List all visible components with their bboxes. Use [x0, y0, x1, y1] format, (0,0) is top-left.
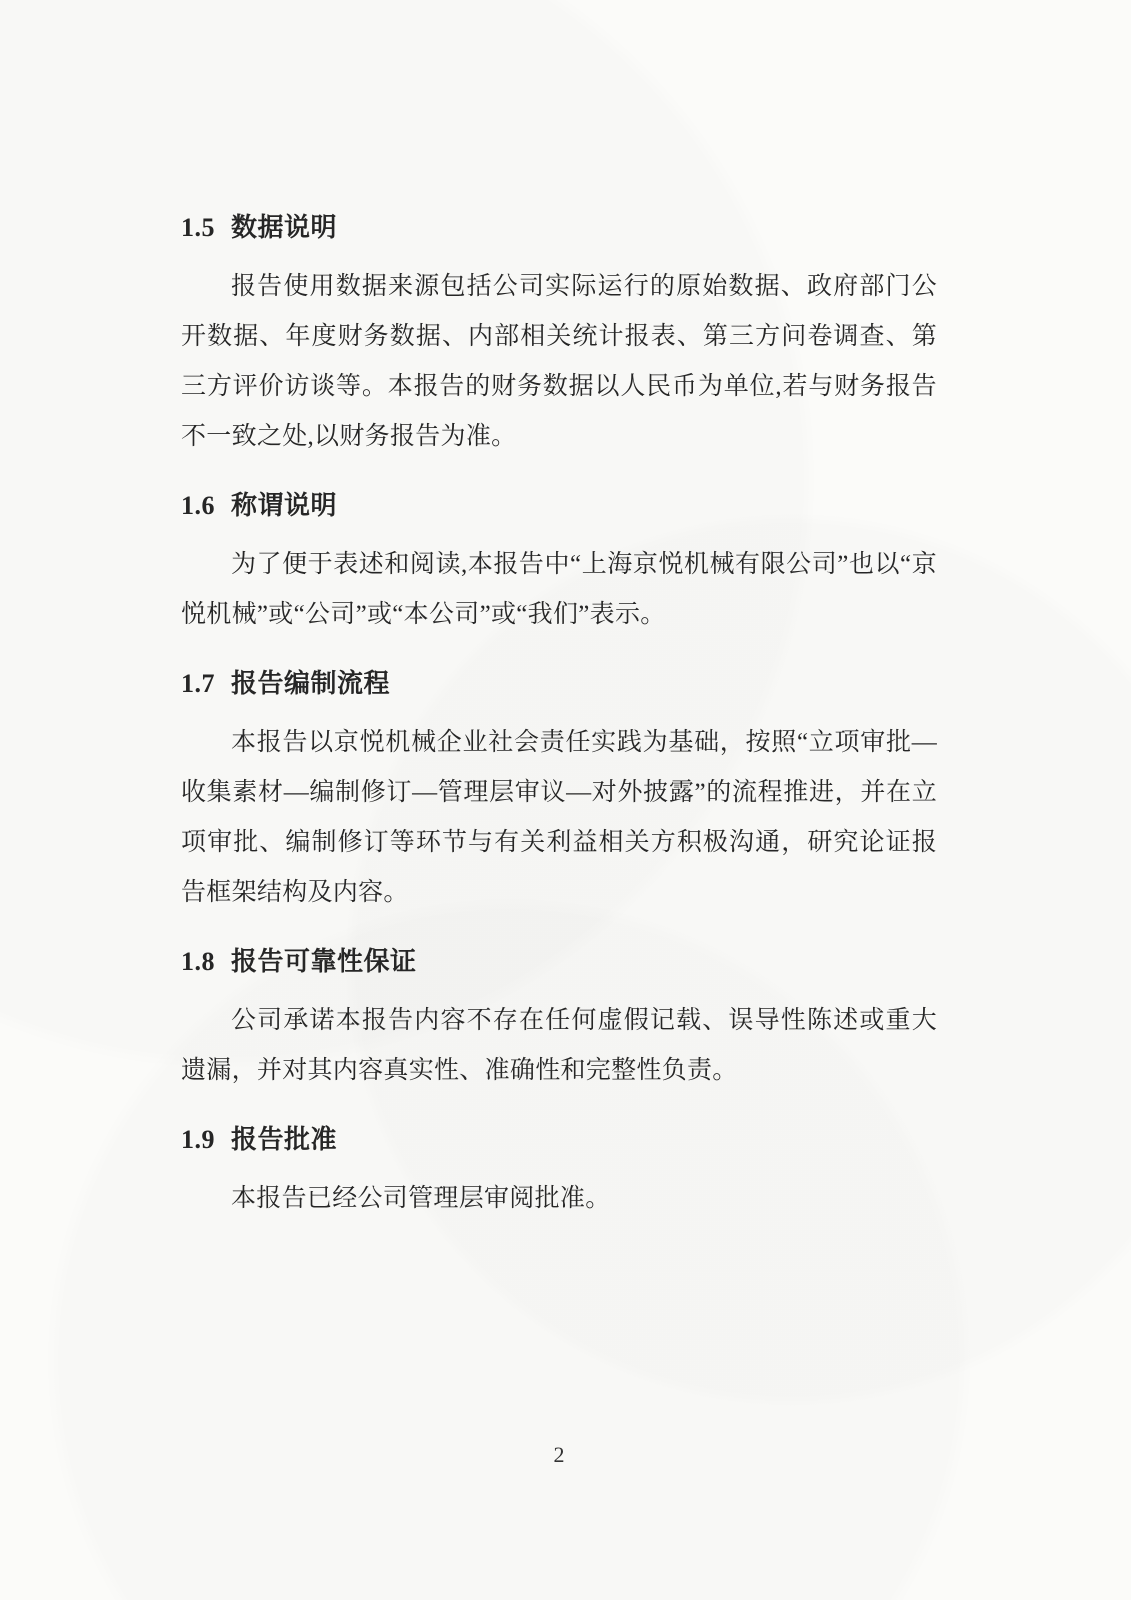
section-heading: 1.5数据说明	[181, 208, 937, 248]
section-number: 1.9	[181, 1125, 215, 1154]
section-number: 1.6	[181, 491, 215, 520]
section-paragraph: 为了便于表述和阅读,本报告中“上海京悦机械有限公司”也以“京悦机械”或“公司”或…	[181, 540, 937, 640]
section-title: 称谓说明	[231, 491, 337, 520]
section-heading: 1.8报告可靠性保证	[181, 942, 937, 982]
section-1-7: 1.7报告编制流程 本报告以京悦机械企业社会责任实践为基础，按照“立项审批—收集…	[181, 664, 937, 918]
section-1-6: 1.6称谓说明 为了便于表述和阅读,本报告中“上海京悦机械有限公司”也以“京悦机…	[181, 486, 937, 640]
section-title: 数据说明	[231, 213, 337, 242]
section-title: 报告批准	[231, 1125, 337, 1154]
document-page: 1.5数据说明 报告使用数据来源包括公司实际运行的原始数据、政府部门公开数据、年…	[0, 0, 1131, 1600]
section-paragraph: 公司承诺本报告内容不存在任何虚假记载、误导性陈述或重大遗漏，并对其内容真实性、准…	[181, 996, 937, 1096]
page-number: 2	[181, 1442, 937, 1468]
section-heading: 1.6称谓说明	[181, 486, 937, 526]
section-paragraph: 报告使用数据来源包括公司实际运行的原始数据、政府部门公开数据、年度财务数据、内部…	[181, 262, 937, 462]
page-content: 1.5数据说明 报告使用数据来源包括公司实际运行的原始数据、政府部门公开数据、年…	[181, 208, 937, 1248]
section-paragraph: 本报告以京悦机械企业社会责任实践为基础，按照“立项审批—收集素材—编制修订—管理…	[181, 718, 937, 918]
section-1-9: 1.9报告批准 本报告已经公司管理层审阅批准。	[181, 1120, 937, 1224]
section-number: 1.7	[181, 669, 215, 698]
section-heading: 1.9报告批准	[181, 1120, 937, 1160]
section-number: 1.8	[181, 947, 215, 976]
section-number: 1.5	[181, 213, 215, 242]
section-title: 报告可靠性保证	[231, 947, 417, 976]
section-1-8: 1.8报告可靠性保证 公司承诺本报告内容不存在任何虚假记载、误导性陈述或重大遗漏…	[181, 942, 937, 1096]
section-1-5: 1.5数据说明 报告使用数据来源包括公司实际运行的原始数据、政府部门公开数据、年…	[181, 208, 937, 462]
section-heading: 1.7报告编制流程	[181, 664, 937, 704]
section-title: 报告编制流程	[231, 669, 390, 698]
section-paragraph: 本报告已经公司管理层审阅批准。	[181, 1174, 937, 1224]
